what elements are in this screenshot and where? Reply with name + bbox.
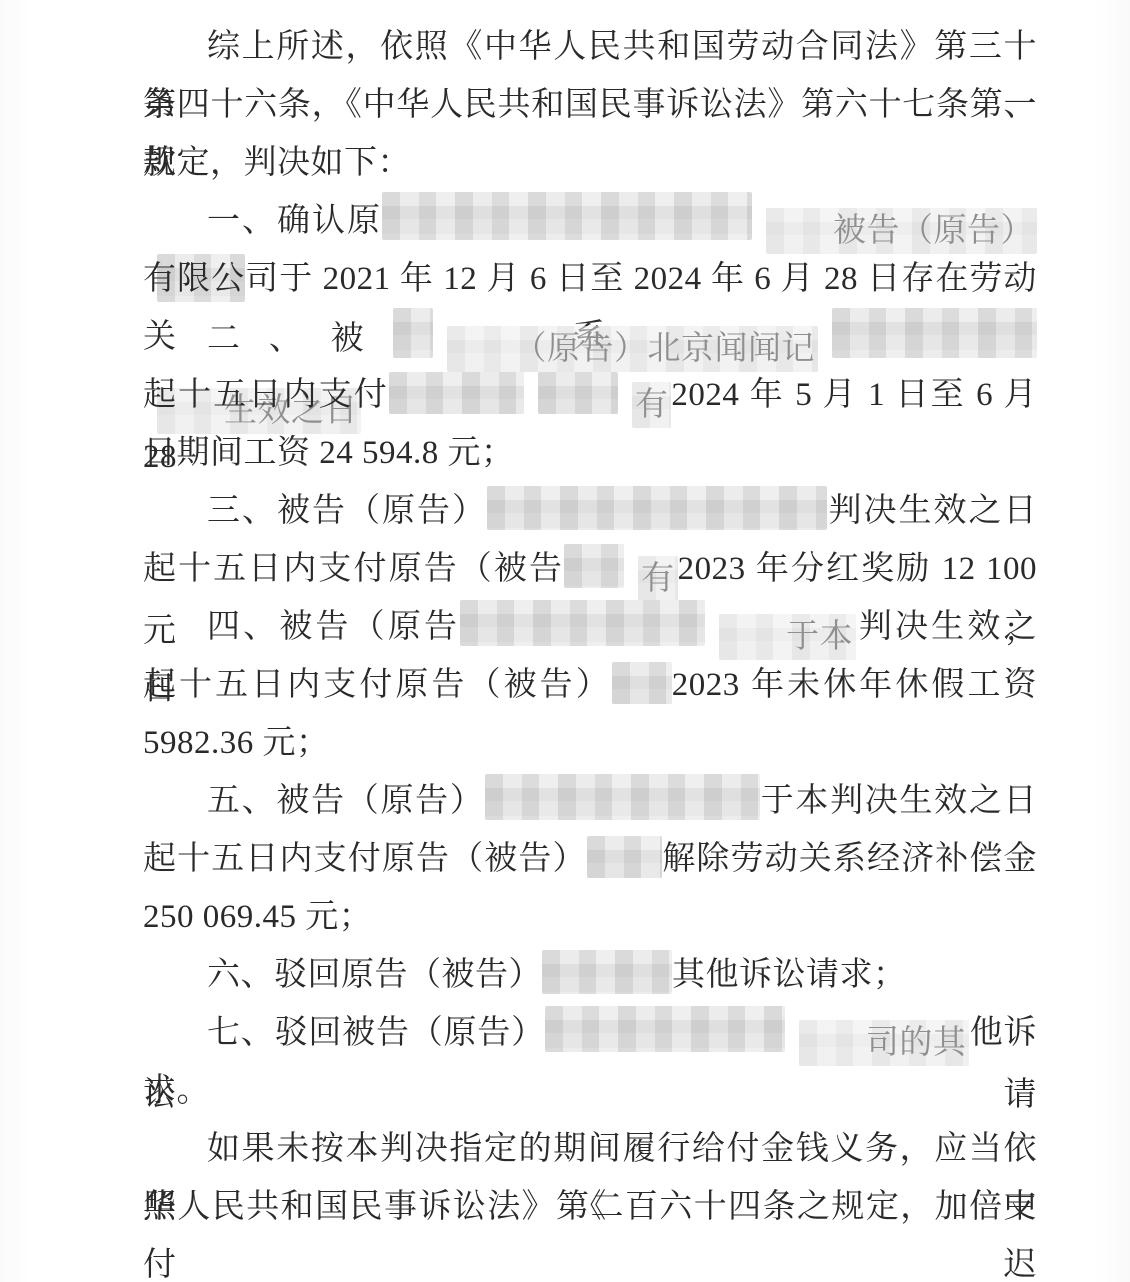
ghost-text-segment: 有 <box>632 382 672 428</box>
document-line: 起十五日内支付原告（被告）解除劳动关系经济补偿金 <box>143 830 1037 888</box>
text-segment: 其他诉讼请求； <box>672 957 907 993</box>
redaction-block <box>487 486 827 530</box>
text-segment: 规定，判决如下： <box>143 145 411 181</box>
document-line: 第四十六条，《中华人民共和国民事诉讼法》第六十七条第一款 <box>143 76 1037 134</box>
redaction-block <box>393 308 433 358</box>
document-line: 起十五日内支付原告（被告有2023 年分红奖励 12 100 元； <box>143 540 1037 598</box>
text-segment: 起十五日内支付 <box>143 377 389 413</box>
document-line: 华人民共和国民事诉讼法》第二百六十四条之规定，加倍支付迟 <box>143 1178 1037 1236</box>
text-segment: 六、驳回原告（被告） <box>207 957 542 993</box>
document-line: 如果未按本判决指定的期间履行给付金钱义务，应当依照《中 <box>143 1120 1037 1178</box>
redaction-block <box>460 600 705 646</box>
document-line: 六、驳回原告（被告）其他诉讼请求； <box>143 946 1037 1004</box>
redaction-block <box>542 950 672 994</box>
document-line: 起十五日内支付原告（被告）2023 年未休年休假工资 <box>143 656 1037 714</box>
ghost-text-segment: 被告（原告） <box>766 208 1037 254</box>
text-segment: 起十五日内支付原告（被告） <box>143 841 587 877</box>
document-line: 起十五日内支付有2024 年 5 月 1 日至 6 月 28 <box>143 366 1037 424</box>
text-segment: 求。 <box>143 1073 210 1109</box>
document-line: 三、被告（原告）判决生效之日 <box>143 482 1037 540</box>
redaction-block <box>485 774 760 820</box>
document-line: 一、确认原被告（原告） <box>143 192 1037 250</box>
document-line: 日期间工资 24 594.8 元； <box>143 424 1037 482</box>
text-segment: 一、确认原 <box>207 203 382 239</box>
redaction-block <box>389 372 524 414</box>
document-line: 综上所述，依照《中华人民共和国劳动合同法》第三十条、 <box>143 18 1037 76</box>
redaction-block <box>832 308 1037 358</box>
text-segment: 三、被告（原告） <box>207 493 487 529</box>
ghost-text-segment: 于本 <box>719 614 856 660</box>
text-segment: 四、被告（原告 <box>207 609 460 645</box>
text-segment: 华人民共和国民事诉讼法》第二百六十四条之规定，加倍支付迟 <box>143 1189 1037 1282</box>
redaction-block <box>545 1006 785 1052</box>
document-line: 规定，判决如下： <box>143 134 1037 192</box>
document-line: 五、被告（原告）于本判决生效之日 <box>143 772 1037 830</box>
text-segment: 起十五日内支付原告（被告） <box>143 667 612 703</box>
document-line: 有限公司于 2021 年 12 月 6 日至 2024 年 6 月 28 日存在… <box>143 250 1037 308</box>
ghost-text-segment: 司的其 <box>799 1020 970 1066</box>
document-line: 二、被（原告）北京闻闻记生效之日 <box>143 308 1037 366</box>
text-segment: 日期间工资 24 594.8 元； <box>143 435 515 471</box>
text-segment: 判决生效之日 <box>827 493 1037 529</box>
document-line: 四、被告（原告于本判决生效之日 <box>143 598 1037 656</box>
document-line: 5982.36 元； <box>143 714 1037 772</box>
redaction-block <box>587 836 662 878</box>
redaction-block <box>382 192 752 240</box>
ghost-text-segment: 有 <box>638 556 678 602</box>
text-segment: 七、驳回被告（原告） <box>207 1015 545 1051</box>
text-segment: 解除劳动关系经济补偿金 <box>662 841 1037 877</box>
text-segment: 起十五日内支付原告（被告 <box>143 551 564 587</box>
document-line: 250 069.45 元； <box>143 888 1037 946</box>
text-segment: 五、被告（原告） <box>207 783 485 819</box>
redaction-block <box>538 372 618 414</box>
text-segment: 5982.36 元； <box>143 725 330 761</box>
text-segment: 250 069.45 元； <box>143 899 372 935</box>
text-segment: 2023 年未休年休假工资 <box>672 667 1037 703</box>
text-segment: 于本判决生效之日 <box>760 783 1038 819</box>
judgment-document: 综上所述，依照《中华人民共和国劳动合同法》第三十条、第四十六条，《中华人民共和国… <box>0 0 1130 1282</box>
document-line: 七、驳回被告（原告）司的其他诉讼请 <box>143 1004 1037 1062</box>
redaction-block <box>612 662 672 704</box>
text-segment: 二、被 <box>207 321 393 357</box>
redaction-block <box>564 544 624 588</box>
